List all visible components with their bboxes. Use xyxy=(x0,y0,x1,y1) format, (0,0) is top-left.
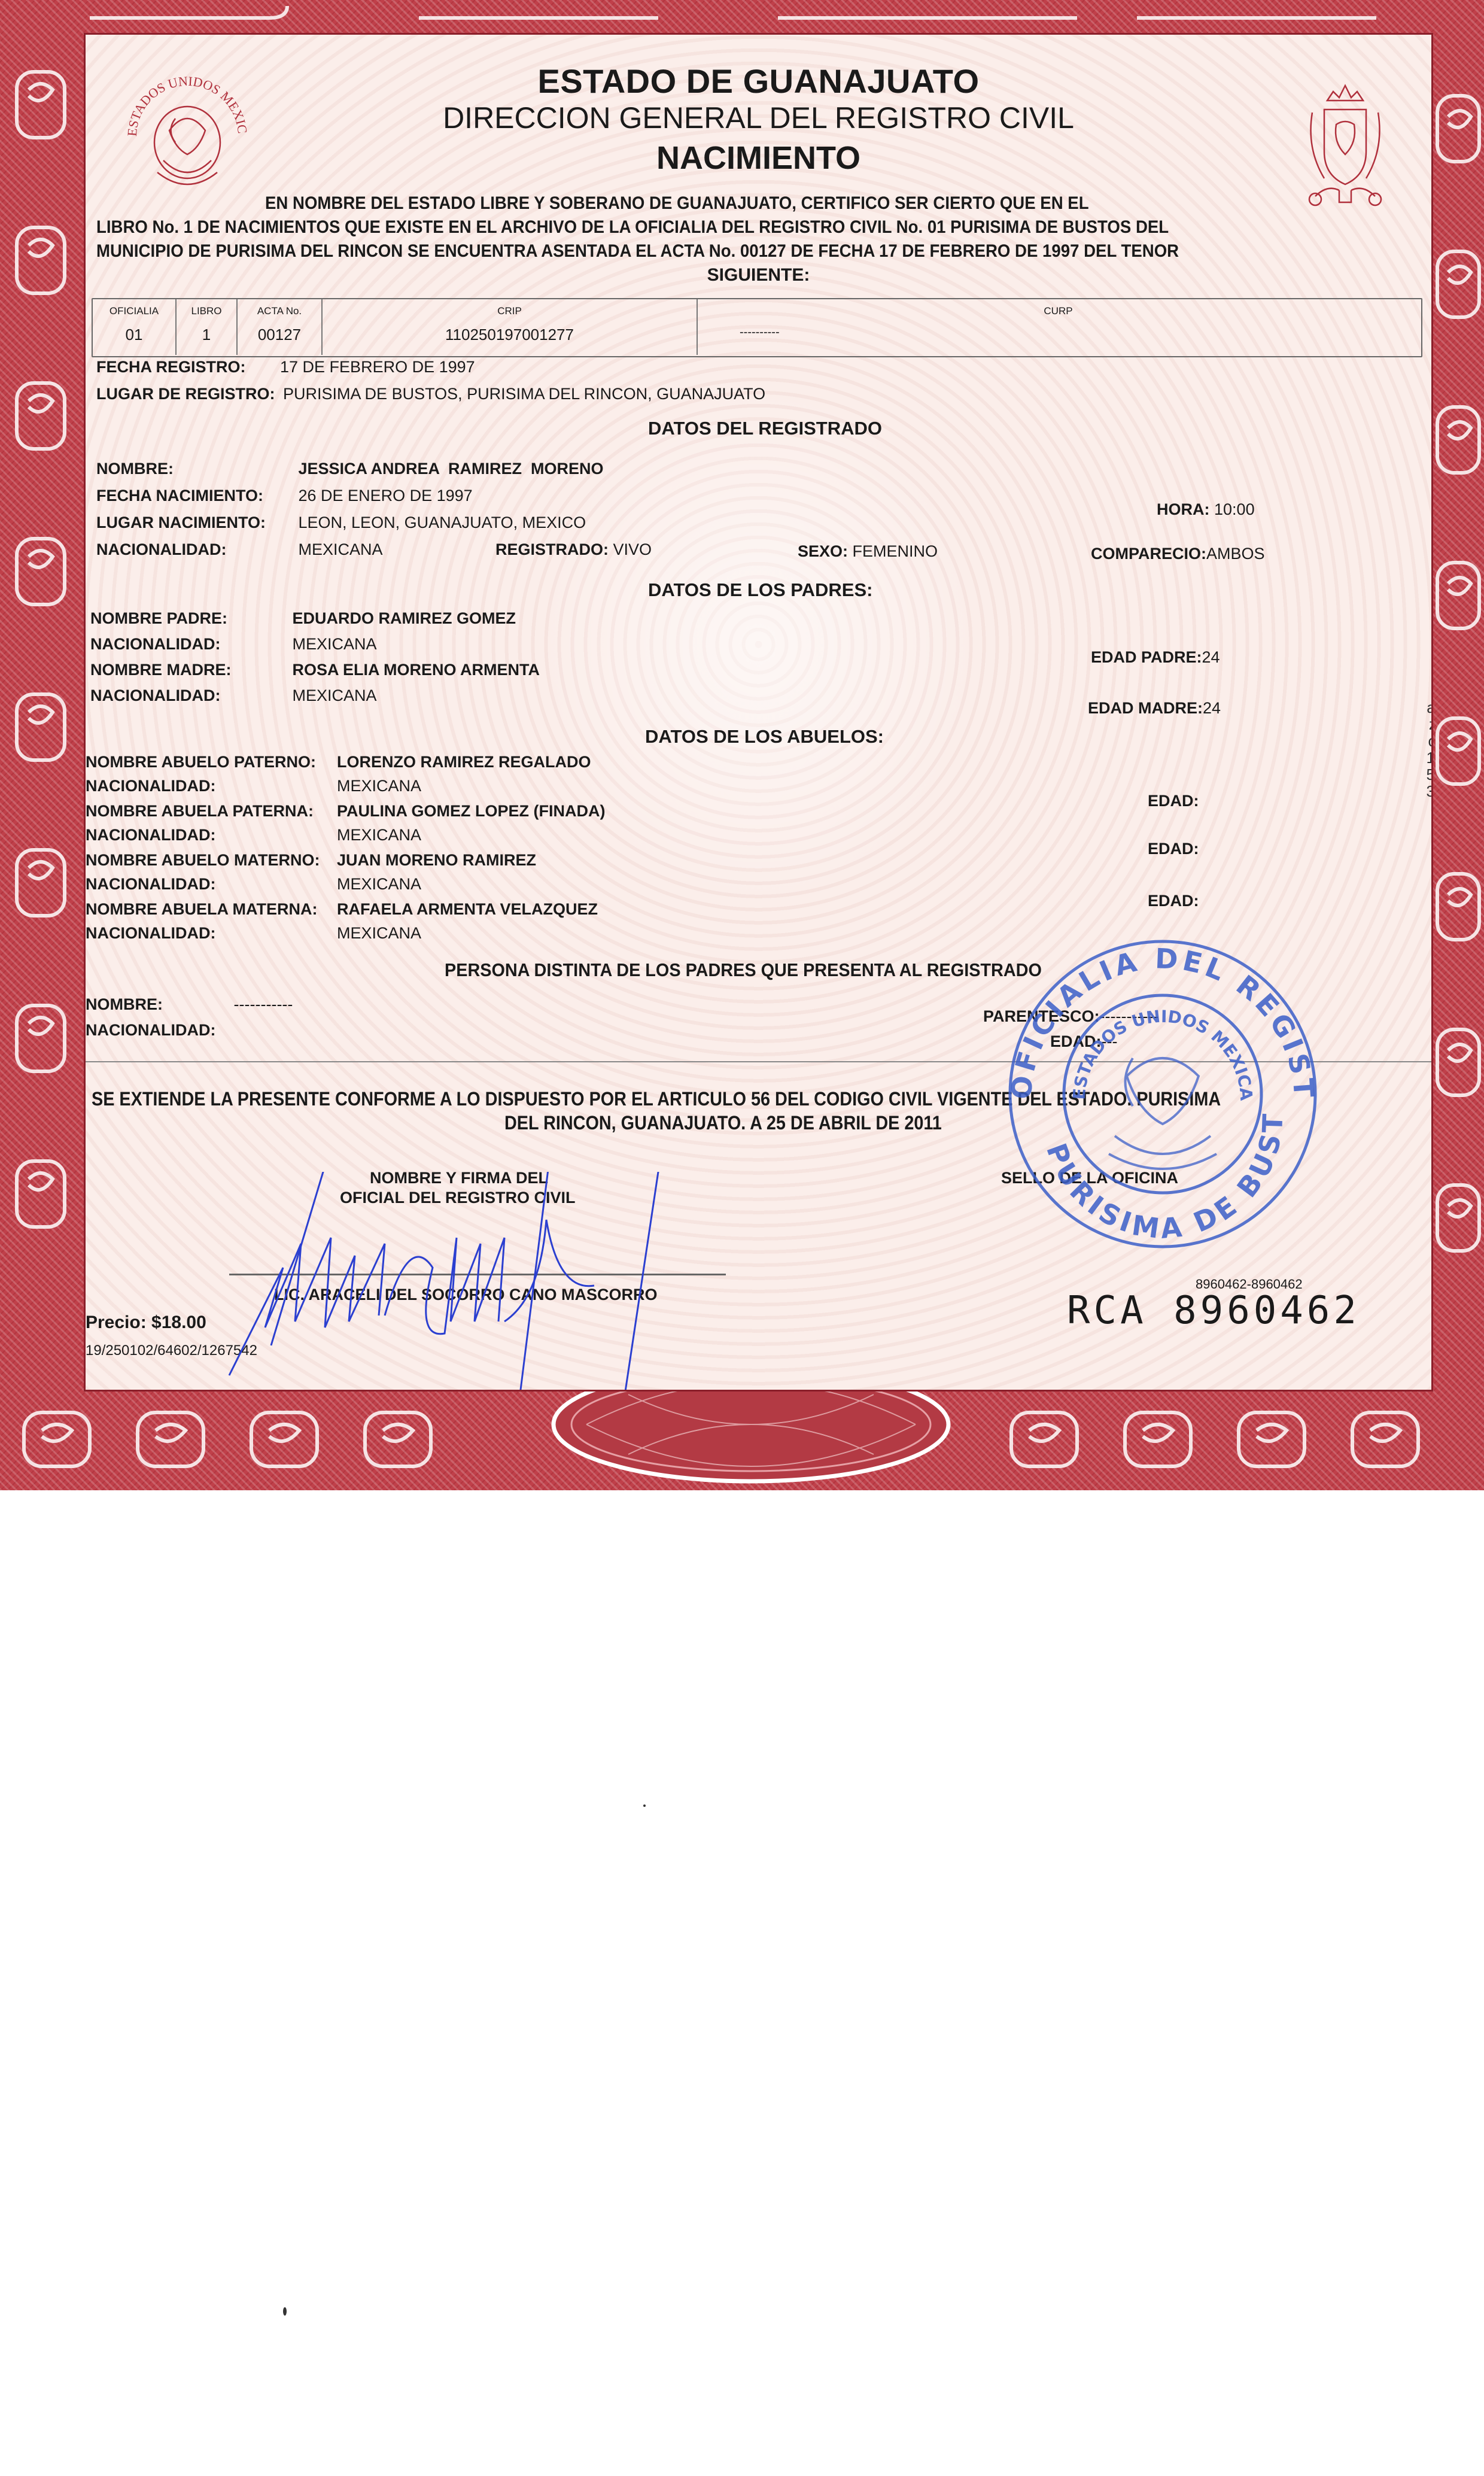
comparecio-label: COMPARECIO: xyxy=(1091,545,1206,563)
edad-padre-label: EDAD PADRE: xyxy=(1091,648,1202,666)
abuelo-nacionalidad-value: MEXICANA xyxy=(337,875,421,893)
oficialia-label: OFICIALIA xyxy=(93,305,175,317)
registrado-status-row: REGISTRADO: VIVO xyxy=(495,540,652,559)
madre-value: ROSA ELIA MORENO ARMENTA xyxy=(293,661,540,679)
comparecio-row: COMPARECIO:AMBOS xyxy=(1091,545,1265,563)
nombre-registrado-row: NOMBRE: JESSICA ANDREA RAMIREZ MORENO xyxy=(96,460,604,478)
edad-madre-label: EDAD MADRE: xyxy=(1088,699,1203,717)
document-type-title: NACIMIENTO xyxy=(86,139,1431,177)
agency-title: DIRECCION GENERAL DEL REGISTRO CIVIL xyxy=(86,101,1431,135)
legal-text-line-2: DEL RINCON, GUANAJUATO. A 25 DE ABRIL DE… xyxy=(504,1112,942,1134)
madre-row: NOMBRE MADRE: ROSA ELIA MORENO ARMENTA xyxy=(90,661,540,679)
presentante-nacionalidad-row: NACIONALIDAD: xyxy=(86,1021,215,1040)
abuelo-nacionalidad-label: NACIONALIDAD: xyxy=(86,777,337,795)
registrado-label: REGISTRADO: xyxy=(495,540,609,558)
comparecio-value: AMBOS xyxy=(1206,545,1265,563)
abuelo-nacionalidad-label: NACIONALIDAD: xyxy=(86,875,337,894)
sexo-value: FEMENINO xyxy=(853,542,938,560)
lugar-registro-value: PURISIMA DE BUSTOS, PURISIMA DEL RINCON,… xyxy=(283,385,765,403)
presentante-nombre-value: ----------- xyxy=(234,995,293,1013)
acta-value: 00127 xyxy=(238,326,321,344)
hora-row: HORA: 10:00 xyxy=(1157,500,1255,519)
folio-number: RCA 8960462 xyxy=(1067,1289,1360,1333)
abuelo-row: NOMBRE ABUELO MATERNO:JUAN MORENO RAMIRE… xyxy=(86,851,536,870)
edad-padre-row: EDAD PADRE:24 xyxy=(1091,648,1220,667)
section-presentante-title: PERSONA DISTINTA DE LOS PADRES QUE PRESE… xyxy=(445,959,1042,981)
sexo-row: SEXO: FEMENINO xyxy=(798,542,938,561)
lugar-registro-label: LUGAR DE REGISTRO: xyxy=(96,385,275,403)
certification-text-line-3: MUNICIPIO DE PURISIMA DEL RINCON SE ENCU… xyxy=(96,239,1179,263)
abuelo-value: PAULINA GOMEZ LOPEZ (FINADA) xyxy=(337,802,605,820)
record-id-table: OFICIALIA 01 LIBRO 1 ACTA No. 00127 CRIP… xyxy=(92,298,1422,357)
fecha-nacimiento-value: 26 DE ENERO DE 1997 xyxy=(299,487,473,505)
scan-speck xyxy=(283,2307,287,2316)
lugar-nacimiento-value: LEON, LEON, GUANAJUATO, MEXICO xyxy=(299,514,586,531)
oficialia-value: 01 xyxy=(93,326,175,344)
abuelo-nacionalidad-label: NACIONALIDAD: xyxy=(86,924,337,943)
edad-madre-row: EDAD MADRE:24 xyxy=(1088,699,1221,718)
abuelo-row: NOMBRE ABUELA MATERNA:RAFAELA ARMENTA VE… xyxy=(86,900,598,919)
curp-cell: CURP ---------- xyxy=(698,299,1419,355)
nacionalidad-label: NACIONALIDAD: xyxy=(96,540,294,559)
abuelo-label: NOMBRE ABUELA MATERNA: xyxy=(86,900,337,919)
handwritten-signature xyxy=(205,1172,923,1392)
abuelo-nacionalidad-row: NACIONALIDAD:MEXICANA xyxy=(86,875,421,894)
nombre-value: JESSICA ANDREA RAMIREZ MORENO xyxy=(299,460,604,478)
presentante-nombre-label: NOMBRE: xyxy=(86,995,229,1014)
birth-certificate: ESTADOS UNIDOS MEXICANOS ESTADO DE GUA xyxy=(0,0,1484,1490)
libro-value: 1 xyxy=(177,326,236,344)
edad-abuelo-materno-label: EDAD: xyxy=(1148,892,1199,910)
madre-nacionalidad-label: NACIONALIDAD: xyxy=(90,686,288,705)
fecha-nacimiento-row: FECHA NACIMIENTO: 26 DE ENERO DE 1997 xyxy=(96,487,473,505)
padre-value: EDUARDO RAMIREZ GOMEZ xyxy=(293,609,516,627)
padre-nacionalidad-label: NACIONALIDAD: xyxy=(90,635,288,654)
abuelo-label: NOMBRE ABUELA PATERNA: xyxy=(86,802,337,821)
padre-row: NOMBRE PADRE: EDUARDO RAMIREZ GOMEZ xyxy=(90,609,516,628)
madre-nacionalidad-value: MEXICANA xyxy=(293,686,377,704)
crip-value: 110250197001277 xyxy=(323,326,697,344)
padre-nacionalidad-value: MEXICANA xyxy=(293,635,377,653)
precio: Precio: $18.00 xyxy=(86,1313,206,1333)
abuelo-nacionalidad-value: MEXICANA xyxy=(337,826,421,844)
nombre-label: NOMBRE: xyxy=(96,460,294,478)
hora-label: HORA: xyxy=(1157,500,1210,518)
acta-label: ACTA No. xyxy=(238,305,321,317)
edad-madre-value: 24 xyxy=(1203,699,1221,717)
padre-nacionalidad-row: NACIONALIDAD: MEXICANA xyxy=(90,635,377,654)
hora-value: 10:00 xyxy=(1214,500,1255,518)
crip-cell: CRIP 110250197001277 xyxy=(323,299,698,355)
lugar-nacimiento-row: LUGAR NACIMIENTO: LEON, LEON, GUANAJUATO… xyxy=(96,514,586,532)
section-abuelos-title: DATOS DE LOS ABUELOS: xyxy=(645,726,884,748)
libro-cell: LIBRO 1 xyxy=(177,299,238,355)
abuelo-row: NOMBRE ABUELO PATERNO:LORENZO RAMIREZ RE… xyxy=(86,753,591,771)
acta-cell: ACTA No. 00127 xyxy=(238,299,323,355)
scan-speck xyxy=(643,1804,646,1807)
curp-value: ---------- xyxy=(698,326,1419,339)
presentante-nacionalidad-label: NACIONALIDAD: xyxy=(86,1021,215,1039)
madre-label: NOMBRE MADRE: xyxy=(90,661,288,679)
nacionalidad-registrado-row: NACIONALIDAD: MEXICANA xyxy=(96,540,383,559)
fecha-registro-row: FECHA REGISTRO: 17 DE FEBRERO DE 1997 xyxy=(96,358,475,376)
lugar-nacimiento-label: LUGAR NACIMIENTO: xyxy=(96,514,294,532)
abuelo-nacionalidad-value: MEXICANA xyxy=(337,924,421,942)
section-registrado-title: DATOS DEL REGISTRADO xyxy=(648,418,882,439)
certification-text-line-2: LIBRO No. 1 DE NACIMIENTOS QUE EXISTE EN… xyxy=(96,215,1169,239)
presentante-nombre-row: NOMBRE: ----------- xyxy=(86,995,293,1014)
abuelo-nacionalidad-value: MEXICANA xyxy=(337,777,421,795)
sexo-label: SEXO: xyxy=(798,542,848,560)
fecha-registro-label: FECHA REGISTRO: xyxy=(96,358,246,376)
abuelo-row: NOMBRE ABUELA PATERNA:PAULINA GOMEZ LOPE… xyxy=(86,802,605,821)
certificate-paper: ESTADOS UNIDOS MEXICANOS ESTADO DE GUA xyxy=(84,33,1433,1392)
abuelo-label: NOMBRE ABUELO MATERNO: xyxy=(86,851,337,870)
madre-nacionalidad-row: NACIONALIDAD: MEXICANA xyxy=(90,686,377,705)
fecha-nacimiento-label: FECHA NACIMIENTO: xyxy=(96,487,294,505)
abuelo-value: RAFAELA ARMENTA VELAZQUEZ xyxy=(337,900,598,918)
libro-label: LIBRO xyxy=(177,305,236,317)
padre-label: NOMBRE PADRE: xyxy=(90,609,288,628)
office-seal-stamp-icon: OFICIALIA DEL REGISTRO CIVIL PURISIMA DE… xyxy=(995,920,1330,1256)
certification-text-line-4: SIGUIENTE: xyxy=(86,263,1431,287)
edad-padre-value: 24 xyxy=(1202,648,1220,666)
section-padres-title: DATOS DE LOS PADRES: xyxy=(648,579,872,601)
abuelo-nacionalidad-label: NACIONALIDAD: xyxy=(86,826,337,844)
oficialia-cell: OFICIALIA 01 xyxy=(93,299,177,355)
abuelo-value: LORENZO RAMIREZ REGALADO xyxy=(337,753,591,771)
state-title: ESTADO DE GUANAJUATO xyxy=(86,62,1431,101)
blank-scan-area xyxy=(0,1490,1484,2476)
abuelo-nacionalidad-row: NACIONALIDAD:MEXICANA xyxy=(86,777,421,795)
edad-abuelo-paterno-label: EDAD: xyxy=(1148,792,1199,810)
fecha-registro-value: 17 DE FEBRERO DE 1997 xyxy=(280,358,475,376)
nacionalidad-value: MEXICANA xyxy=(299,540,383,558)
registrado-value: VIVO xyxy=(613,540,652,558)
curp-label: CURP xyxy=(698,305,1419,317)
crip-label: CRIP xyxy=(323,305,697,317)
edad-abuela-paterna-label: EDAD: xyxy=(1148,840,1199,858)
lugar-registro-row: LUGAR DE REGISTRO: PURISIMA DE BUSTOS, P… xyxy=(96,385,765,403)
certification-text-line-1: EN NOMBRE DEL ESTADO LIBRE Y SOBERANO DE… xyxy=(265,192,1089,215)
side-serial-number: acztor1950328 9 xyxy=(1426,699,1433,833)
abuelo-nacionalidad-row: NACIONALIDAD:MEXICANA xyxy=(86,826,421,844)
abuelo-label: NOMBRE ABUELO PATERNO: xyxy=(86,753,337,771)
abuelo-nacionalidad-row: NACIONALIDAD:MEXICANA xyxy=(86,924,421,943)
abuelo-value: JUAN MORENO RAMIREZ xyxy=(337,851,536,869)
